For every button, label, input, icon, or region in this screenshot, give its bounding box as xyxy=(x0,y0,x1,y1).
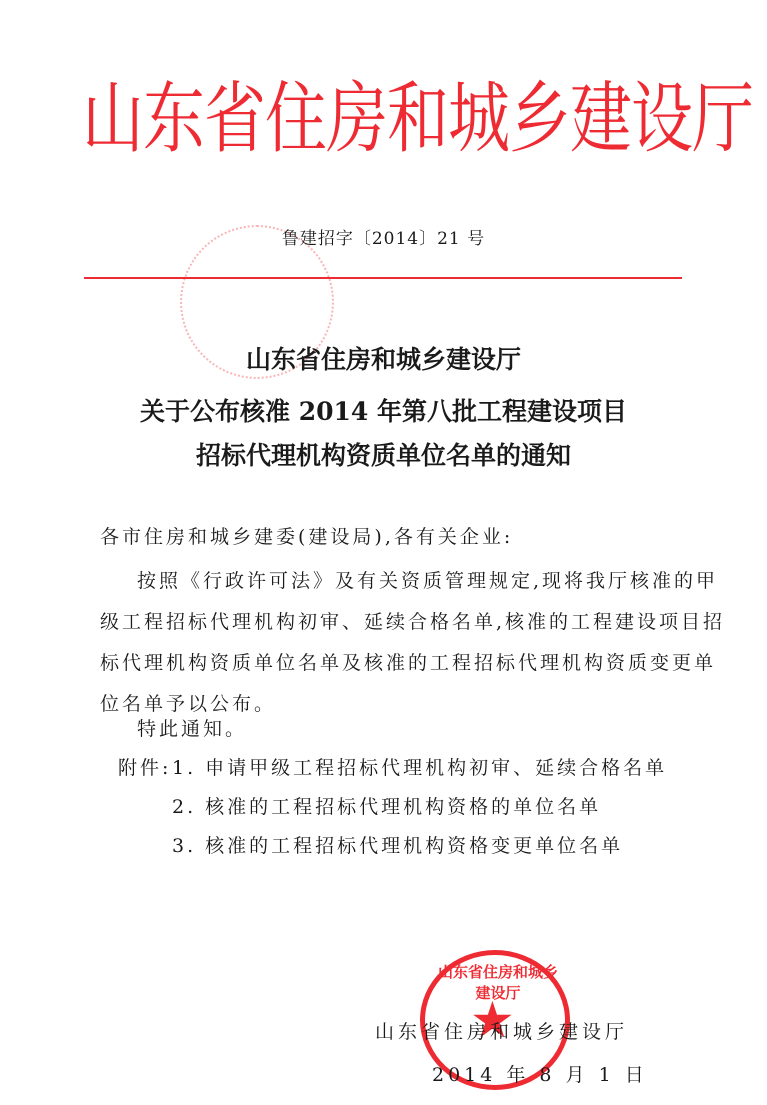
paragraph-line-1: 按照《行政许可法》及有关资质管理规定,现将我厅核准的甲 xyxy=(137,569,718,593)
header-divider xyxy=(84,277,682,279)
paragraph-line-4: 位名单予以公布。 xyxy=(100,692,276,716)
notice-title-line-3: 招标代理机构资质单位名单的通知 xyxy=(0,436,767,472)
document-number: 鲁建招字〔2014〕21 号 xyxy=(0,224,767,249)
issue-date: 2014 年 8 月 1 日 xyxy=(432,1060,648,1087)
salutation: 各市住房和城乡建委(建设局),各有关企业: xyxy=(100,525,513,549)
notice-title-line-2: 关于公布核准 2014 年第八批工程建设项目 xyxy=(0,392,767,428)
attachment-item-3: 3. 核准的工程招标代理机构资格变更单位名单 xyxy=(172,834,623,858)
masthead-title: 山东省住房和城乡建设厅 xyxy=(82,50,692,188)
paragraph-line-3: 标代理机构资质单位名单及核准的工程招标代理机构资质变更单 xyxy=(100,651,716,675)
issuer-name: 山东省住房和城乡建设厅 xyxy=(375,1017,628,1044)
attachment-item-1: 1. 申请甲级工程招标代理机构初审、延续合格名单 xyxy=(172,756,667,780)
paragraph-line-2: 级工程招标代理机构初审、延续合格名单,核准的工程建设项目招 xyxy=(100,610,725,634)
notice-title-line-1: 山东省住房和城乡建设厅 xyxy=(0,340,767,376)
attachment-item-2: 2. 核准的工程招标代理机构资格的单位名单 xyxy=(172,795,601,819)
attachments-label: 附件: xyxy=(118,756,171,780)
closing-text: 特此通知。 xyxy=(137,717,247,741)
